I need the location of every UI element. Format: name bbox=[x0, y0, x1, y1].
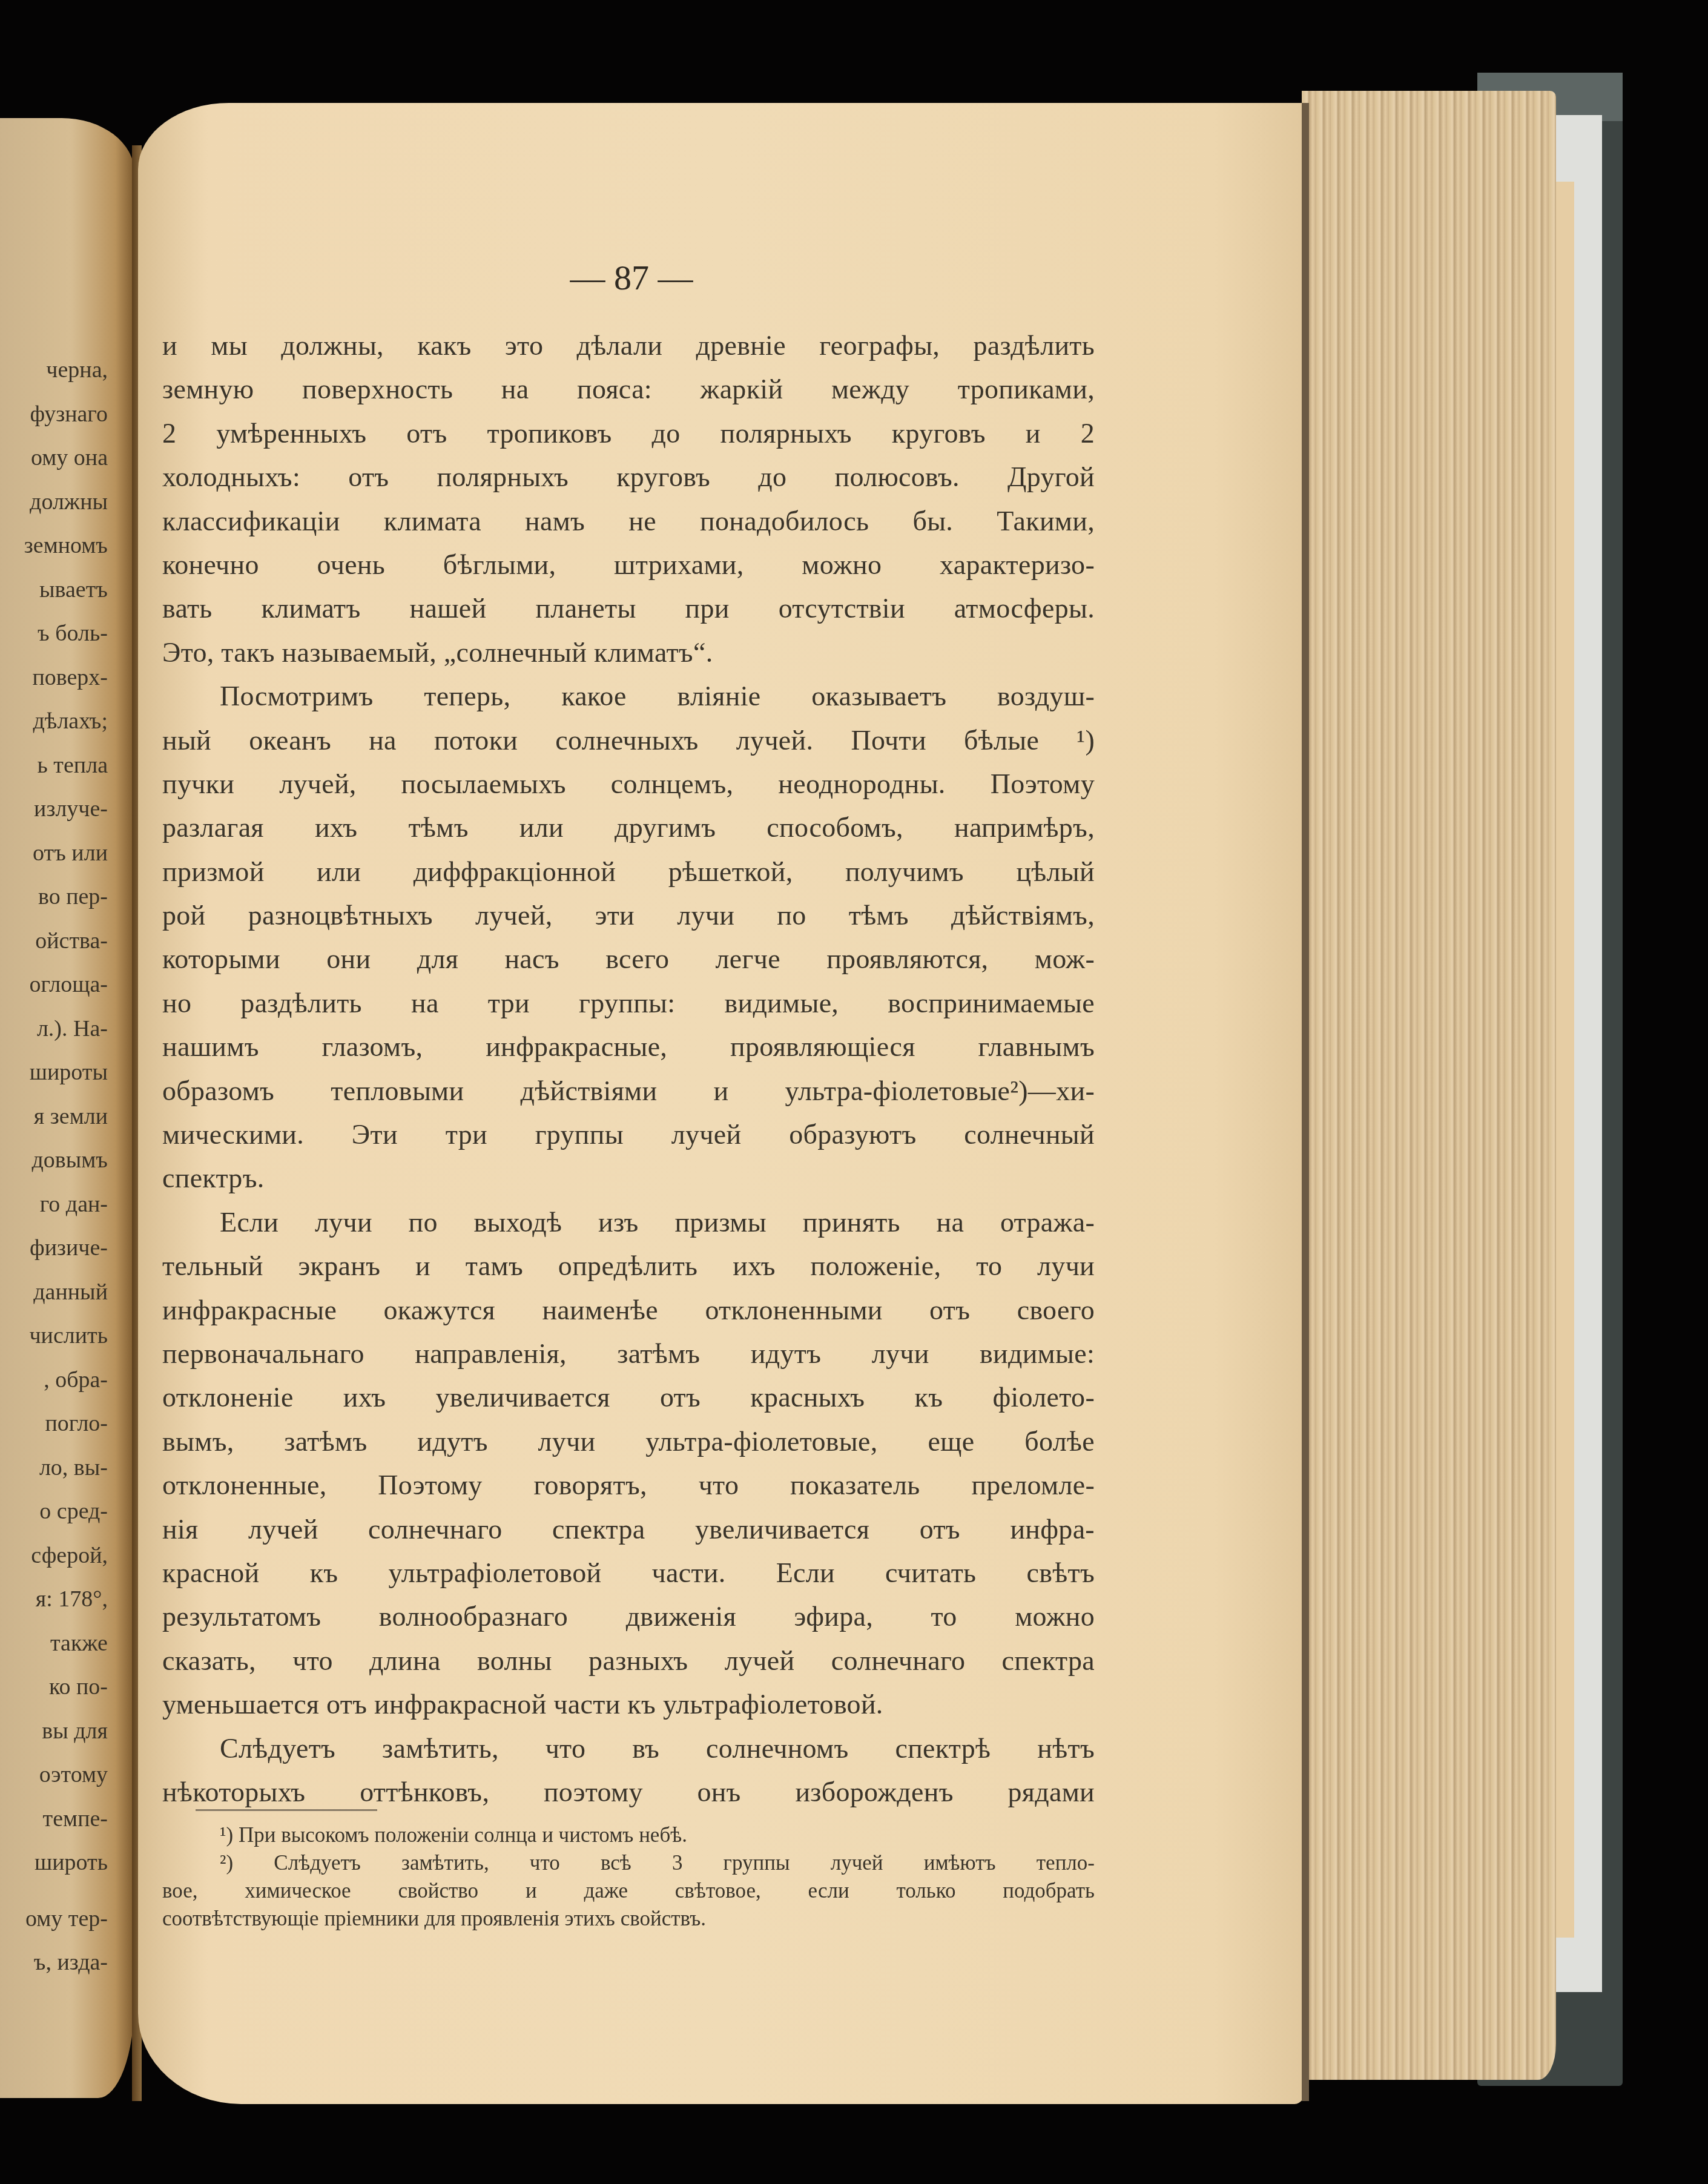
text-line: классификаціи климата намъ не понадобило… bbox=[162, 500, 1095, 543]
text-line: рой разноцвѣтныхъ лучей, эти лучи по тѣм… bbox=[162, 894, 1095, 937]
left-text-line: ь тепла bbox=[0, 744, 110, 788]
left-text-line: ому она bbox=[0, 436, 110, 480]
right-page: — 87 — и мы должны, какъ это дѣлали древ… bbox=[138, 103, 1307, 2104]
text-line: сказать, что длина волны разныхъ лучей с… bbox=[162, 1639, 1095, 1683]
text-line: Это, такъ называемый, „солнечный климатъ… bbox=[162, 631, 1095, 675]
left-text-line: фузнаго bbox=[0, 392, 110, 437]
paragraph-start-line: Слѣдуетъ замѣтить, что въ солнечномъ спе… bbox=[162, 1727, 1095, 1770]
text-line: конечно очень бѣглыми, штрихами, можно х… bbox=[162, 543, 1095, 587]
left-page-text: черна, фузнаго ому она должны земномъ ыв… bbox=[0, 348, 110, 1985]
text-line: земную поверхность на пояса: жаркій межд… bbox=[162, 368, 1095, 411]
left-text-line: ло, вы- bbox=[0, 1446, 110, 1490]
text-line: которыми они для насъ всего легче проявл… bbox=[162, 937, 1095, 981]
left-text-line: дѣлахъ; bbox=[0, 699, 110, 744]
left-text-line: земномъ bbox=[0, 524, 110, 568]
text-line: уменьшается отъ инфракрасной части къ ул… bbox=[162, 1683, 1095, 1726]
left-text-line: ъ боль- bbox=[0, 612, 110, 656]
footnote-2: ²) Слѣдуетъ замѣтить, что всѣ 3 группы л… bbox=[162, 1849, 1095, 1877]
left-text-line: оэтому bbox=[0, 1753, 110, 1797]
left-text-line: я: 178°, bbox=[0, 1577, 110, 1622]
left-text-line: ому тер- bbox=[0, 1897, 110, 1941]
text-line: спектръ. bbox=[162, 1156, 1095, 1200]
left-text-line: оглоща- bbox=[0, 963, 110, 1007]
footnote-2-cont: вое, химическое свойство и даже свѣтовое… bbox=[162, 1877, 1095, 1905]
page-edges-stack bbox=[1302, 91, 1556, 2080]
text-line: тельный экранъ и тамъ опредѣлить ихъ пол… bbox=[162, 1244, 1095, 1288]
text-line: и мы должны, какъ это дѣлали древніе гео… bbox=[162, 324, 1095, 368]
text-line: мическими. Эти три группы лучей образуют… bbox=[162, 1113, 1095, 1156]
left-text-line: должны bbox=[0, 480, 110, 524]
left-text-line: излуче- bbox=[0, 787, 110, 831]
text-line: вать климатъ нашей планеты при отсутстві… bbox=[162, 587, 1095, 630]
body-text: и мы должны, какъ это дѣлали древніе гео… bbox=[162, 324, 1095, 1814]
left-page: черна, фузнаго ому она должны земномъ ыв… bbox=[0, 118, 134, 2098]
left-text-line: отъ или bbox=[0, 831, 110, 876]
page-edge-shadow bbox=[1302, 103, 1309, 2101]
left-text-line: данный bbox=[0, 1270, 110, 1315]
left-text-line: сферой, bbox=[0, 1534, 110, 1578]
footnotes: ¹) При высокомъ положеніи солнца и чисто… bbox=[162, 1821, 1095, 1933]
left-text-line: , обра- bbox=[0, 1358, 110, 1402]
text-line: пучки лучей, посылаемыхъ солнцемъ, неодн… bbox=[162, 762, 1095, 806]
text-line: нія лучей солнечнаго спектра увеличивает… bbox=[162, 1508, 1095, 1551]
text-line: ный океанъ на потоки солнечныхъ лучей. П… bbox=[162, 719, 1095, 762]
text-line: 2 умѣренныхъ отъ тропиковъ до полярныхъ … bbox=[162, 412, 1095, 455]
left-text-line: вы для bbox=[0, 1709, 110, 1753]
left-text-line: поверх- bbox=[0, 656, 110, 700]
text-line: вымъ, затѣмъ идутъ лучи ультра-фіолетовы… bbox=[162, 1420, 1095, 1463]
text-line: нашимъ глазомъ, инфракрасные, проявляющі… bbox=[162, 1025, 1095, 1069]
left-text-line: во пер- bbox=[0, 875, 110, 919]
left-text-line: темпе- bbox=[0, 1797, 110, 1841]
left-text-line: также bbox=[0, 1622, 110, 1666]
text-line: но раздѣлить на три группы: видимые, вос… bbox=[162, 981, 1095, 1025]
text-line: отклоненные, Поэтому говорятъ, что показ… bbox=[162, 1463, 1095, 1507]
left-text-line: физиче- bbox=[0, 1226, 110, 1270]
left-text-line: ойства- bbox=[0, 919, 110, 963]
text-line: образомъ тепловыми дѣйствіями и ультра-ф… bbox=[162, 1069, 1095, 1113]
footnote-1: ¹) При высокомъ положеніи солнца и чисто… bbox=[162, 1821, 1095, 1849]
text-line: красной къ ультрафіолетовой части. Если … bbox=[162, 1551, 1095, 1595]
left-text-line: черна, bbox=[0, 348, 110, 392]
left-text-line: широты bbox=[0, 1051, 110, 1095]
left-text-line: ываетъ bbox=[0, 568, 110, 612]
footnote-2-cont: соотвѣтствующіе пріемники для проявленія… bbox=[162, 1905, 1095, 1933]
left-text-line: го дан- bbox=[0, 1183, 110, 1227]
footnote-separator bbox=[196, 1809, 377, 1811]
paragraph-start-line: Посмотримъ теперь, какое вліяніе оказыва… bbox=[162, 675, 1095, 718]
left-text-line: л.). На- bbox=[0, 1007, 110, 1051]
paragraph-start-line: Если лучи по выходѣ изъ призмы принять н… bbox=[162, 1201, 1095, 1244]
text-line: нѣкоторыхъ оттѣнковъ, поэтому онъ изборо… bbox=[162, 1770, 1095, 1814]
left-text-line: ъ, изда- bbox=[0, 1941, 110, 1985]
left-text-line: довымъ bbox=[0, 1138, 110, 1183]
page-number: — 87 — bbox=[47, 257, 1216, 298]
left-text-gap bbox=[0, 1885, 110, 1897]
text-line: первоначальнаго направленія, затѣмъ идут… bbox=[162, 1332, 1095, 1376]
left-text-line: о сред- bbox=[0, 1490, 110, 1534]
left-text-line: числить bbox=[0, 1314, 110, 1358]
left-text-line: ко по- bbox=[0, 1665, 110, 1709]
text-line: призмой или диффракціонной рѣшеткой, пол… bbox=[162, 850, 1095, 894]
left-text-line: погло- bbox=[0, 1402, 110, 1446]
text-line: разлагая ихъ тѣмъ или другимъ способомъ,… bbox=[162, 806, 1095, 850]
text-line: инфракрасные окажутся наименѣе отклоненн… bbox=[162, 1288, 1095, 1332]
text-line: результатомъ волнообразнаго движенія эфи… bbox=[162, 1595, 1095, 1638]
text-line: холодныхъ: отъ полярныхъ круговъ до полю… bbox=[162, 455, 1095, 499]
left-text-line: я земли bbox=[0, 1095, 110, 1139]
left-text-line: широть bbox=[0, 1841, 110, 1885]
text-line: отклоненіе ихъ увеличивается отъ красных… bbox=[162, 1376, 1095, 1419]
